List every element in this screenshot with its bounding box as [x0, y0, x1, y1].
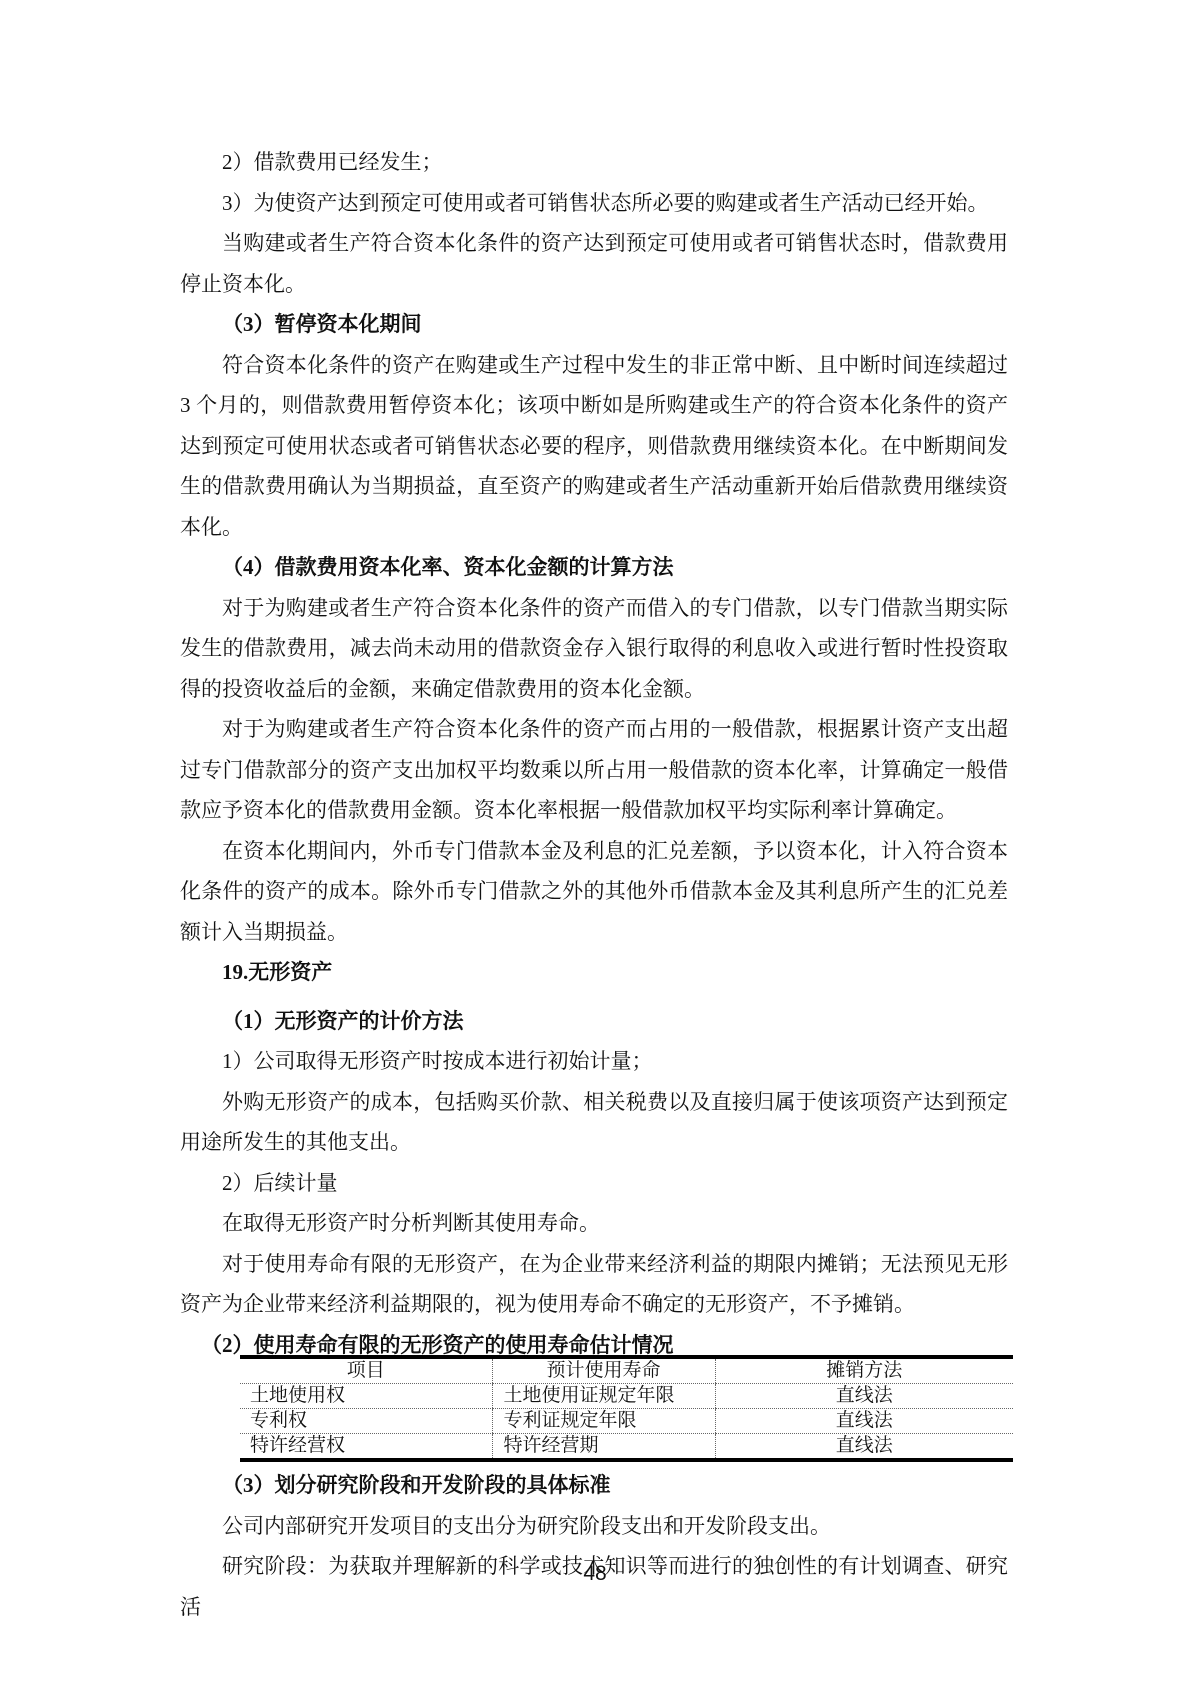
document-page: 2）借款费用已经发生； 3）为使资产达到预定可使用或者可销售状态所必要的购建或者…	[0, 0, 1190, 1683]
table-header-row: 项目 预计使用寿命 摊销方法	[240, 1357, 1013, 1384]
cell-amortization-method: 直线法	[715, 1384, 1013, 1409]
section-heading-valuation-method: （1）无形资产的计价方法	[180, 1001, 1008, 1042]
list-item-condition-3: 3）为使资产达到预定可使用或者可销售状态所必要的购建或者生产活动已经开始。	[180, 183, 1008, 224]
paragraph-general-loan: 对于为购建或者生产符合资本化条件的资产而占用的一般借款，根据累计资产支出超过专门…	[180, 709, 1008, 831]
page-number: 48	[0, 1560, 1190, 1588]
cell-estimated-life: 特许经营期	[492, 1434, 715, 1461]
section-heading-capitalization-rate: （4）借款费用资本化率、资本化金额的计算方法	[180, 547, 1008, 588]
paragraph-amortization-policy: 对于使用寿命有限的无形资产，在为企业带来经济利益的期限内摊销；无法预见无形资产为…	[180, 1244, 1008, 1325]
paragraph-specific-loan: 对于为购建或者生产符合资本化条件的资产而借入的专门借款，以专门借款当期实际发生的…	[180, 588, 1008, 710]
cell-estimated-life: 专利证规定年限	[492, 1409, 715, 1434]
cell-item: 特许经营权	[240, 1434, 492, 1461]
paragraph-purchased-cost: 外购无形资产的成本，包括购买价款、相关税费以及直接归属于使该项资产达到预定用途所…	[180, 1082, 1008, 1163]
table-row-land-use-right: 土地使用权 土地使用证规定年限 直线法	[240, 1384, 1013, 1409]
cell-estimated-life: 土地使用证规定年限	[492, 1384, 715, 1409]
section-heading-intangible-assets: 19.无形资产	[180, 952, 1008, 993]
section-heading-suspend-capitalization: （3）暂停资本化期间	[180, 304, 1008, 345]
page-body: 2）借款费用已经发生； 3）为使资产达到预定可使用或者可销售状态所必要的购建或者…	[180, 142, 1008, 1627]
list-item-initial-measurement: 1）公司取得无形资产时按成本进行初始计量；	[180, 1041, 1008, 1082]
section-heading-research-development: （3）划分研究阶段和开发阶段的具体标准	[180, 1465, 1008, 1506]
cell-amortization-method: 直线法	[715, 1409, 1013, 1434]
list-item-condition-2: 2）借款费用已经发生；	[180, 142, 1008, 183]
paragraph-rd-expenditure-split: 公司内部研究开发项目的支出分为研究阶段支出和开发阶段支出。	[180, 1506, 1008, 1547]
paragraph-suspend-capitalization: 符合资本化条件的资产在购建或生产过程中发生的非正常中断、且中断时间连续超过 3 …	[180, 345, 1008, 548]
cell-amortization-method: 直线法	[715, 1434, 1013, 1461]
paragraph-foreign-exchange: 在资本化期间内，外币专门借款本金及利息的汇兑差额，予以资本化，计入符合资本化条件…	[180, 831, 1008, 953]
table-row-patent-right: 专利权 专利证规定年限 直线法	[240, 1409, 1013, 1434]
cell-item: 专利权	[240, 1409, 492, 1434]
useful-life-table: 项目 预计使用寿命 摊销方法 土地使用权 土地使用证规定年限 直线法 专利权 专…	[240, 1355, 1013, 1462]
table-row-franchise-right: 特许经营权 特许经营期 直线法	[240, 1434, 1013, 1461]
paragraph-cease-capitalization: 当购建或者生产符合资本化条件的资产达到预定可使用或者可销售状态时，借款费用停止资…	[180, 223, 1008, 304]
list-item-subsequent-measurement: 2）后续计量	[180, 1163, 1008, 1204]
column-header-amortization-method: 摊销方法	[715, 1357, 1013, 1384]
paragraph-useful-life-judgement: 在取得无形资产时分析判断其使用寿命。	[180, 1203, 1008, 1244]
cell-item: 土地使用权	[240, 1384, 492, 1409]
